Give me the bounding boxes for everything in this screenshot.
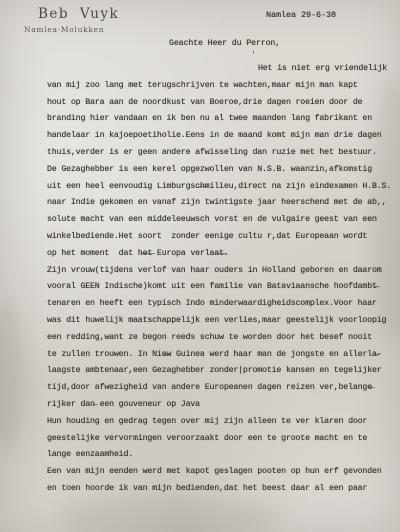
body-line: Hun houding en gedrag tegen over mij zij… [47,414,399,431]
scan-smudge [60,496,280,532]
letter-body: Het is niet erg vriendelijk van mij zoo … [47,61,399,498]
body-line: hout op Bara aan de noordkust van Boeroe… [47,95,399,112]
salutation: Geachte Heer du Perron, [169,39,280,48]
body-line: te zullen trouwen. In Nie̶w Guinea werd … [47,347,399,364]
body-line: op het moment dat h̶e̶t̶ Europa verlaa̶t… [47,246,399,263]
body-line: Het is niet erg vriendelijk [47,61,399,78]
body-line: rijker dan̶ een gouveneur op Java [47,397,399,414]
letterhead-name: Beb Vuyk [38,6,119,22]
body-line: Een van mijn eenden werd met kapot gesla… [47,464,399,481]
body-line: laagste ambtenaar,een Gezaghebber zonder… [47,363,399,380]
body-line: thuis,verder is er geen andere afwisseli… [47,145,399,162]
letterhead-location: Namlea-Molukken [24,25,104,34]
body-line: was dit huwelijk maatschappelijk een ver… [47,313,399,330]
stray-typed-mark: ' [251,51,256,60]
body-line: Zijn vrouw(tijdens verlof van haar ouder… [47,263,399,280]
body-line: van mij zoo lang met terugschrijven te w… [47,78,399,95]
body-line: geestelijke vervormingen veroorzaakt doo… [47,431,399,448]
letter-page: Beb Vuyk Namlea-Molukken Namlea 29-6-38 … [0,0,400,532]
body-line: branding hier vandaan en ik ben nu al tw… [47,111,399,128]
scan-smudge [0,300,26,450]
body-line: tenaren en heeft een typisch Indo minder… [47,296,399,313]
body-line: De Gezaghebber is een kerel opgezwollen … [47,162,399,179]
body-line: lange eenzaamheid. [47,447,399,464]
body-line: uit een heel eenvoudig Limburgsc̶h̶milie… [47,179,399,196]
body-line: solute macht van een middeleeuwsch vorst… [47,212,399,229]
body-line: vooral GEEN Indische)komt uit een famili… [47,279,399,296]
dateline: Namlea 29-6-38 [266,10,336,20]
body-line: en toen hoorde ik van mijn bedienden,dat… [47,481,399,498]
body-line: een redding,want ze begon reeds schuw te… [47,330,399,347]
body-line: winkelbediende.Het soort zonder eenige c… [47,229,399,246]
body-line: tijd,door afwezigheid van andere Europea… [47,380,399,397]
body-line: naar Indie gekomen en vanaf zijn twintig… [47,195,399,212]
body-line: handelaar in kajoepoetiholie.Eens in de … [47,128,399,145]
